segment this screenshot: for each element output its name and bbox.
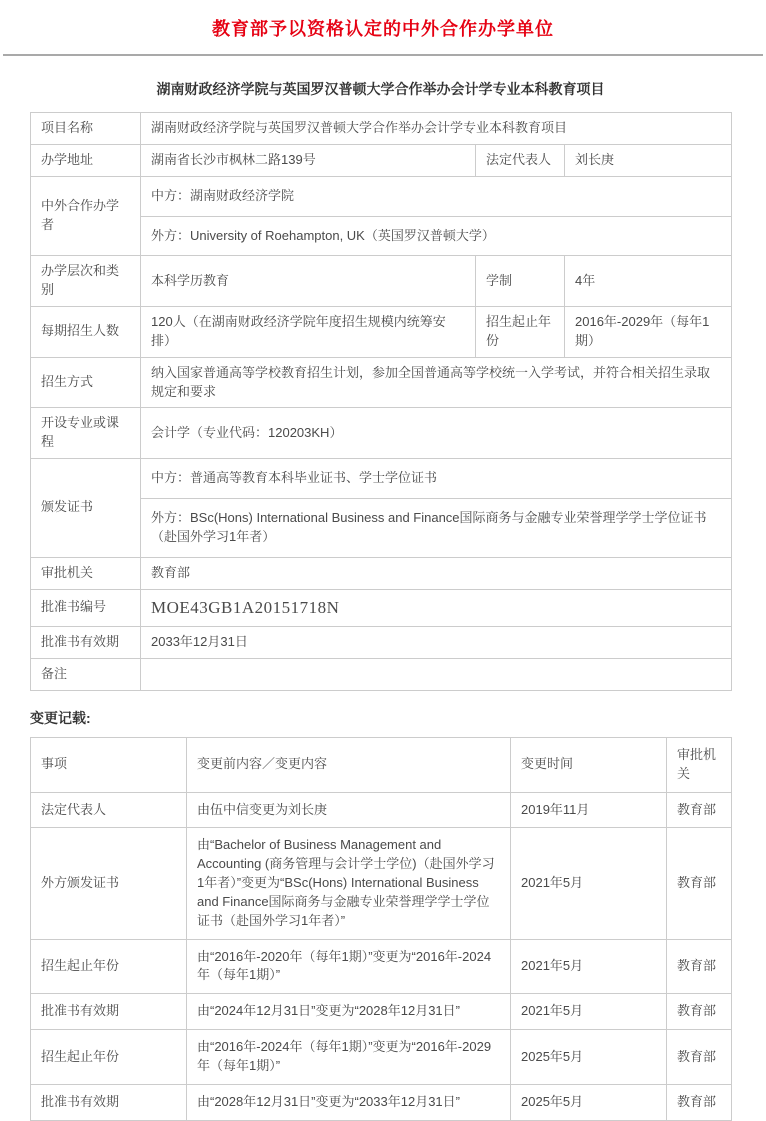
row-label: 备注: [31, 658, 141, 690]
row-label: 办学层次和类别: [31, 256, 141, 307]
row-value: 会计学（专业代码：120203KH）: [141, 408, 732, 459]
change-authority: 教育部: [667, 828, 732, 939]
table-row: 批准书有效期2033年12月31日: [31, 627, 732, 659]
table-row: 法定代表人由伍中信变更为刘长庚2019年11月教育部: [31, 792, 732, 828]
row-value: 120人（在湖南财政经济学院年度招生规模内统筹安排）: [141, 307, 476, 358]
info-table-body: 项目名称湖南财政经济学院与英国罗汉普顿大学合作举办会计学专业本科教育项目办学地址…: [31, 113, 732, 691]
change-time: 2025年5月: [511, 1030, 667, 1085]
change-authority: 教育部: [667, 1030, 732, 1085]
row-value: 教育部: [141, 557, 732, 589]
document-body: 湖南财政经济学院与英国罗汉普顿大学合作举办会计学专业本科教育项目 项目名称湖南财…: [30, 79, 731, 1121]
change-item: 批准书有效期: [31, 994, 187, 1030]
row-value: 纳入国家普通高等学校教育招生计划，参加全国普通高等学校统一入学考试，并符合相关招…: [141, 357, 732, 408]
table-row: 办学地址湖南省长沙市枫林二路139号法定代表人刘长庚: [31, 144, 732, 176]
table-row: 批准书有效期由“2024年12月31日”变更为“2028年12月31日”2021…: [31, 994, 732, 1030]
row-label: 招生方式: [31, 357, 141, 408]
row-value: 本科学历教育: [141, 256, 476, 307]
change-item: 招生起止年份: [31, 1030, 187, 1085]
table-row: 外方颁发证书由“Bachelor of Business Management …: [31, 828, 732, 939]
table-row: 开设专业或课程会计学（专业代码：120203KH）: [31, 408, 732, 459]
column-header: 变更前内容／变更内容: [187, 737, 511, 792]
row-label: 批准书有效期: [31, 627, 141, 659]
table-row: 审批机关教育部: [31, 557, 732, 589]
row-value: 4年: [565, 256, 732, 307]
table-row: 中外合作办学者中方：湖南财政经济学院: [31, 176, 732, 216]
row-label: 法定代表人: [476, 144, 565, 176]
change-item: 批准书有效期: [31, 1084, 187, 1120]
column-header: 事项: [31, 737, 187, 792]
program-info-table: 项目名称湖南财政经济学院与英国罗汉普顿大学合作举办会计学专业本科教育项目办学地址…: [30, 112, 732, 691]
change-detail: 由“2024年12月31日”变更为“2028年12月31日”: [187, 994, 511, 1030]
table-row: 批准书编号MOE43GB1A20151718N: [31, 589, 732, 627]
row-label: 办学地址: [31, 144, 141, 176]
change-item: 法定代表人: [31, 792, 187, 828]
row-label: 项目名称: [31, 113, 141, 145]
change-table-body: 事项变更前内容／变更内容变更时间审批机关法定代表人由伍中信变更为刘长庚2019年…: [31, 737, 732, 1120]
column-header: 审批机关: [667, 737, 732, 792]
table-row: 招生方式纳入国家普通高等学校教育招生计划，参加全国普通高等学校统一入学考试，并符…: [31, 357, 732, 408]
row-label: 学制: [476, 256, 565, 307]
row-label: 颁发证书: [31, 459, 141, 558]
table-row: 项目名称湖南财政经济学院与英国罗汉普顿大学合作举办会计学专业本科教育项目: [31, 113, 732, 145]
table-row: 招生起止年份由“2016年-2024年（每年1期）”变更为“2016年-2029…: [31, 1030, 732, 1085]
row-label: 开设专业或课程: [31, 408, 141, 459]
row-label: 中外合作办学者: [31, 176, 141, 256]
row-value: 中方：普通高等教育本科毕业证书、学士学位证书: [141, 459, 732, 499]
change-item: 招生起止年份: [31, 939, 187, 994]
column-header: 变更时间: [511, 737, 667, 792]
row-label: 审批机关: [31, 557, 141, 589]
table-row: 事项变更前内容／变更内容变更时间审批机关: [31, 737, 732, 792]
row-value: 湖南财政经济学院与英国罗汉普顿大学合作举办会计学专业本科教育项目: [141, 113, 732, 145]
row-label: 每期招生人数: [31, 307, 141, 358]
page-title: 教育部予以资格认定的中外合作办学单位: [0, 0, 766, 54]
project-title: 湖南财政经济学院与英国罗汉普顿大学合作举办会计学专业本科教育项目: [30, 79, 731, 99]
change-detail: 由“2016年-2024年（每年1期）”变更为“2016年-2029年（每年1期…: [187, 1030, 511, 1085]
row-value: 外方：BSc(Hons) International Business and …: [141, 498, 732, 557]
change-time: 2021年5月: [511, 939, 667, 994]
row-label: 批准书编号: [31, 589, 141, 627]
row-value: [141, 658, 732, 690]
row-value: MOE43GB1A20151718N: [141, 589, 732, 627]
row-value: 中方：湖南财政经济学院: [141, 176, 732, 216]
row-value: 刘长庚: [565, 144, 732, 176]
change-detail: 由“Bachelor of Business Management and Ac…: [187, 828, 511, 939]
change-authority: 教育部: [667, 792, 732, 828]
header-divider: [3, 54, 763, 56]
change-authority: 教育部: [667, 994, 732, 1030]
change-detail: 由“2016年-2020年（每年1期）”变更为“2016年-2024年（每年1期…: [187, 939, 511, 994]
row-value: 2016年-2029年（每年1期）: [565, 307, 732, 358]
row-value: 湖南省长沙市枫林二路139号: [141, 144, 476, 176]
table-row: 颁发证书中方：普通高等教育本科毕业证书、学士学位证书: [31, 459, 732, 499]
change-record-table: 事项变更前内容／变更内容变更时间审批机关法定代表人由伍中信变更为刘长庚2019年…: [30, 737, 732, 1121]
change-time: 2021年5月: [511, 994, 667, 1030]
change-record-heading: 变更记载:: [30, 708, 731, 728]
change-authority: 教育部: [667, 1084, 732, 1120]
change-detail: 由“2028年12月31日”变更为“2033年12月31日”: [187, 1084, 511, 1120]
change-time: 2019年11月: [511, 792, 667, 828]
table-row: 备注: [31, 658, 732, 690]
change-time: 2021年5月: [511, 828, 667, 939]
change-detail: 由伍中信变更为刘长庚: [187, 792, 511, 828]
change-item: 外方颁发证书: [31, 828, 187, 939]
change-time: 2025年5月: [511, 1084, 667, 1120]
table-row: 每期招生人数120人（在湖南财政经济学院年度招生规模内统筹安排）招生起止年份20…: [31, 307, 732, 358]
row-value: 外方：University of Roehampton, UK（英国罗汉普顿大学…: [141, 216, 732, 256]
table-row: 招生起止年份由“2016年-2020年（每年1期）”变更为“2016年-2024…: [31, 939, 732, 994]
row-value: 2033年12月31日: [141, 627, 732, 659]
table-row: 批准书有效期由“2028年12月31日”变更为“2033年12月31日”2025…: [31, 1084, 732, 1120]
table-row: 办学层次和类别本科学历教育学制4年: [31, 256, 732, 307]
row-label: 招生起止年份: [476, 307, 565, 358]
change-authority: 教育部: [667, 939, 732, 994]
